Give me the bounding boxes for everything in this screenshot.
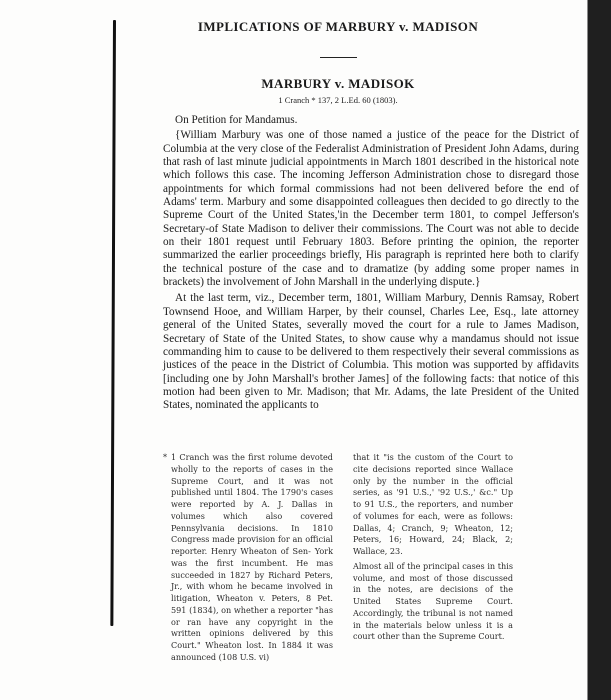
- footnotes: * 1 Cranch was the first rolume devoted …: [163, 452, 513, 664]
- running-head: IMPLICATIONS OF MARBURY v. MADISON: [163, 19, 513, 35]
- case-citation: 1 Cranch * 137, 2 L.Ed. 60 (1803).: [163, 95, 513, 105]
- footnote-column-left: * 1 Cranch was the first rolume devoted …: [163, 452, 333, 664]
- footnote-marker: *: [163, 452, 167, 464]
- footnote-text-right-note: Almost all of the principal cases in thi…: [353, 561, 513, 643]
- case-title: MARBURY v. MADISOK: [163, 76, 513, 92]
- title-divider: [320, 57, 357, 58]
- viewer-side-panel: [587, 0, 611, 700]
- document-page: IMPLICATIONS OF MARBURY v. MADISON MARBU…: [0, 0, 587, 700]
- paragraph-intro: {William Marbury was one of those named …: [163, 129, 579, 289]
- scan-binding-edge: [110, 20, 116, 626]
- footnote-text-left: 1 Cranch was the first rolume devoted wh…: [171, 452, 333, 664]
- footnote-column-right: that it "is the custom of the Court to c…: [353, 452, 513, 664]
- footnote-text-right-continued: that it "is the custom of the Court to c…: [353, 452, 513, 558]
- body-text: On Petition for Mandamus. {William Marbu…: [163, 114, 579, 413]
- paragraph-proceedings: At the last term, viz., December term, 1…: [163, 292, 579, 412]
- petition-line: On Petition for Mandamus.: [163, 114, 579, 127]
